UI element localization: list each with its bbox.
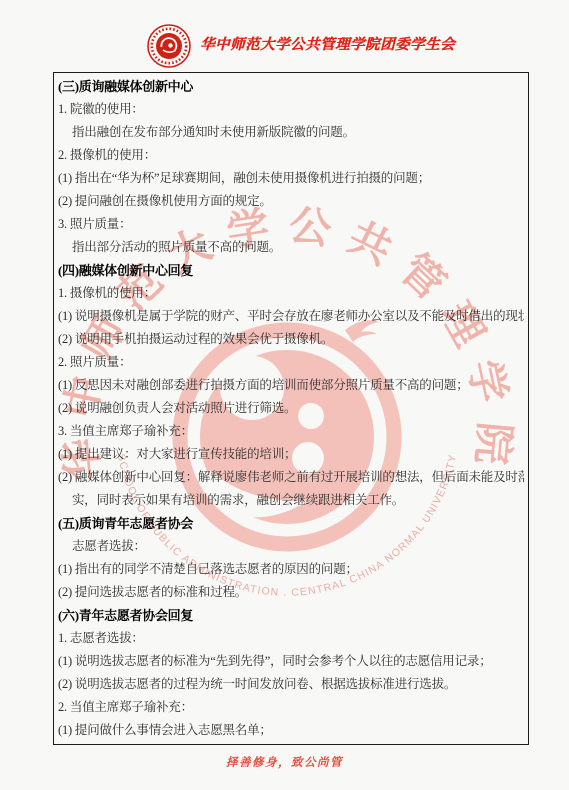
document-line: (1) 指出有的同学不清楚自己落选志愿者的原因的问题； — [58, 558, 524, 581]
document-line: 2. 照片质量： — [58, 351, 524, 374]
document-line: (2) 说明用手机拍摄运动过程的效果会优于摄像机。 — [58, 328, 524, 351]
document-line: (2) 提问选拔志愿者的标准和过程。 — [58, 581, 524, 604]
document-line: 2. 当值主席郑子瑜补充： — [58, 696, 524, 719]
document-line: 1. 摄像机的使用： — [58, 282, 524, 305]
document-line: (1) 反思因未对融创部委进行拍摄方面的培训而使部分照片质量不高的问题； — [58, 374, 524, 397]
document-line: (2) 说明融创负责人会对活动照片进行筛选。 — [58, 397, 524, 420]
document-line: 1. 志愿者选拔： — [58, 627, 524, 650]
document-line: (三)质询融媒体创新中心 — [58, 75, 524, 98]
document-line: (1) 说明选拔志愿者的标准为“先到先得”，同时会参考个人以往的志愿信用记录； — [58, 650, 524, 673]
document-line: 实，同时表示如果有培训的需求，融创会继续跟进相关工作。 — [58, 489, 524, 512]
document-line: 指出部分活动的照片质量不高的问题。 — [58, 236, 524, 259]
document-line: (四)融媒体创新中心回复 — [58, 259, 524, 282]
page-header: 华中师范大学公共管理学院团委学生会 — [0, 20, 569, 72]
document-line: (1) 提出建议：对大家进行宣传技能的培训； — [58, 443, 524, 466]
document-content-box: (三)质询融媒体创新中心1. 院徽的使用：指出融创在发布部分通知时未使用新版院徽… — [53, 72, 529, 745]
document-line: 2. 摄像机的使用： — [58, 144, 524, 167]
org-title: 华中师范大学公共管理学院团委学生会 — [200, 33, 540, 54]
document-line: 指出融创在发布部分通知时未使用新版院徽的问题。 — [58, 121, 524, 144]
document-line: 志愿者选拔： — [58, 535, 524, 558]
document-line: (1) 说明摄像机是属于学院的财产、平时会存放在廖老师办公室以及不能及时借出的现… — [58, 305, 524, 328]
footer-motto: 择善修身，致公尚管 — [226, 757, 343, 769]
document-line: (1) 提问做什么事情会进入志愿黑名单； — [58, 719, 524, 742]
document-line: 1. 院徽的使用： — [58, 98, 524, 121]
document-line: (2) 融媒体创新中心回复：解释说廖伟老师之前有过开展培训的想法，但后面未能及时… — [58, 466, 524, 489]
document-line: 3. 当值主席郑子瑜补充： — [58, 420, 524, 443]
document-line: (1) 指出在“华为杯”足球赛期间，融创未使用摄像机进行拍摄的问题； — [58, 167, 524, 190]
document-line: (五)质询青年志愿者协会 — [58, 512, 524, 535]
document-line: (2) 说明选拔志愿者的过程为统一时间发放问卷、根据选拔标准进行选拔。 — [58, 673, 524, 696]
document-line: (六)青年志愿者协会回复 — [58, 604, 524, 627]
page-footer: 择善修身，致公尚管 — [0, 753, 569, 771]
org-seal-icon — [146, 23, 192, 69]
document-page: 华中师范大学公共管理学院 SCHOOL OF PUBLIC ADMINISTRA… — [0, 0, 569, 790]
document-line: (2) 提问融创在摄像机使用方面的规定。 — [58, 190, 524, 213]
document-line: 3. 照片质量： — [58, 213, 524, 236]
